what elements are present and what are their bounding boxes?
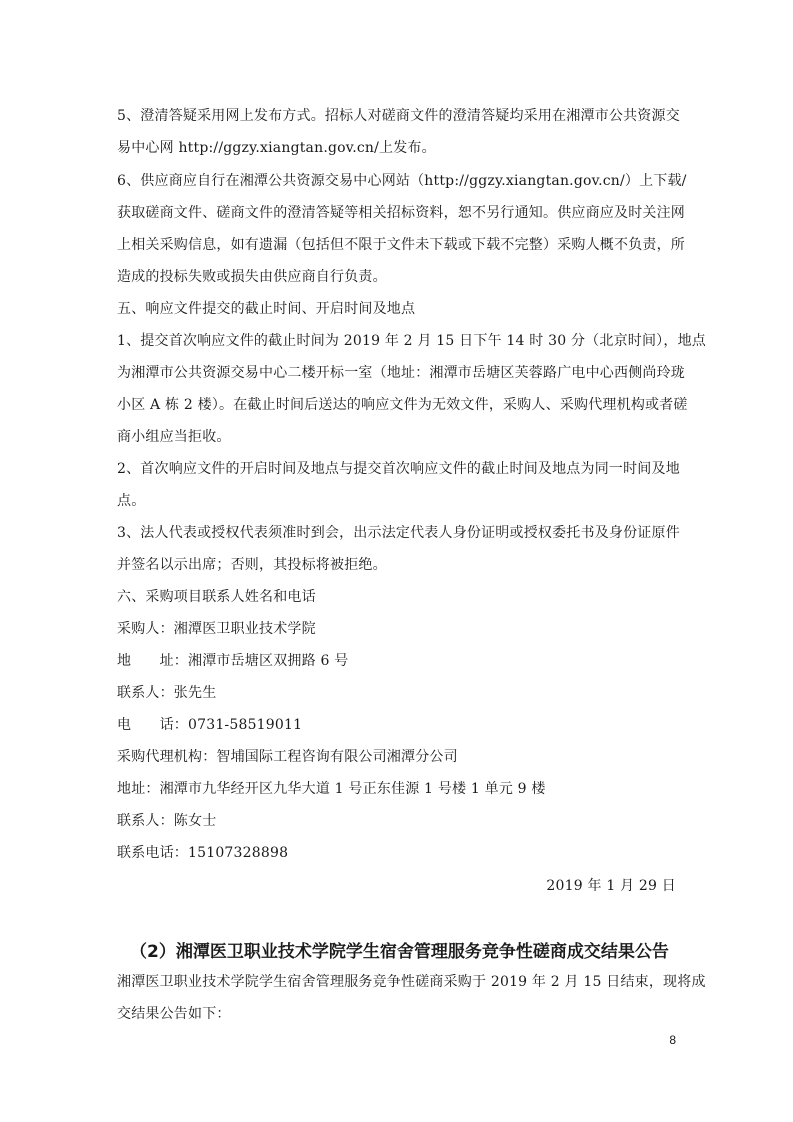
section-title-six: 六、采购项目联系人姓名和电话 — [117, 588, 316, 606]
paragraph-line: 商小组应当拒收。 — [117, 428, 231, 446]
paragraph-line: 2、首次响应文件的开启时间及地点与提交首次响应文件的截止时间及地点为同一时间及地 — [117, 460, 680, 478]
purchaser-phone: 电 话：0731-58519011 — [117, 716, 302, 734]
paragraph-line: 获取磋商文件、磋商文件的澄清答疑等相关招标资料，恕不另行通知。供应商应及时关注网 — [117, 204, 685, 222]
paragraph-line: 湘潭医卫职业技术学院学生宿舍管理服务竞争性磋商采购于 2019 年 2 月 15… — [117, 973, 706, 991]
purchaser-name: 采购人：湘潭医卫职业技术学院 — [117, 620, 316, 638]
document-date: 2019 年 1 月 29 日 — [546, 877, 676, 895]
agency-contact: 联系人：陈女士 — [117, 812, 216, 830]
agency-address: 地址：湘潭市九华经开区九华大道 1 号正东佳源 1 号楼 1 单元 9 楼 — [117, 780, 546, 798]
paragraph-line: 造成的投标失败或损失由供应商自行负责。 — [117, 268, 387, 286]
agency-name: 采购代理机构：智埔国际工程咨询有限公司湘潭分公司 — [117, 748, 458, 766]
agency-phone: 联系电话：15107328898 — [117, 844, 288, 862]
section-title-five: 五、响应文件提交的截止时间、开启时间及地点 — [117, 300, 415, 318]
paragraph-line: 上相关采购信息，如有遗漏（包括但不限于文件未下载或下载不完整）采购人概不负责，所 — [117, 236, 685, 254]
section-heading: （2）湘潭医卫职业技术学院学生宿舍管理服务竞争性磋商成交结果公告 — [130, 937, 669, 962]
paragraph-line: 3、法人代表或授权代表须准时到会，出示法定代表人身份证明或授权委托书及身份证原件 — [117, 524, 680, 542]
paragraph-line: 点。 — [117, 492, 145, 510]
paragraph-line: 5、澄清答疑采用网上发布方式。招标人对磋商文件的澄清答疑均采用在湘潭市公共资源交 — [117, 107, 680, 125]
paragraph-line: 小区 A 栋 2 楼）。在截止时间后送达的响应文件为无效文件，采购人、采购代理机… — [117, 396, 688, 414]
paragraph-line: 为湘潭市公共资源交易中心二楼开标一室（地址：湘潭市岳塘区芙蓉路广电中心西侧尚玲珑 — [117, 364, 685, 382]
document-page: 5、澄清答疑采用网上发布方式。招标人对磋商文件的澄清答疑均采用在湘潭市公共资源交… — [0, 0, 793, 1122]
paragraph-line: 并签名以示出席；否则，其投标将被拒绝。 — [117, 556, 387, 574]
purchaser-contact: 联系人：张先生 — [117, 684, 216, 702]
paragraph-line: 交结果公告如下： — [117, 1005, 231, 1023]
paragraph-line: 易中心网 http://ggzy.xiangtan.gov.cn/上发布。 — [117, 139, 436, 157]
purchaser-address: 地 址：湘潭市岳塘区双拥路 6 号 — [117, 652, 348, 670]
paragraph-line: 1、提交首次响应文件的截止时间为 2019 年 2 月 15 日下午 14 时 … — [117, 332, 706, 350]
page-number: 8 — [669, 1033, 676, 1047]
paragraph-line: 6、供应商应自行在湘潭公共资源交易中心网站（http://ggzy.xiangt… — [117, 172, 687, 190]
